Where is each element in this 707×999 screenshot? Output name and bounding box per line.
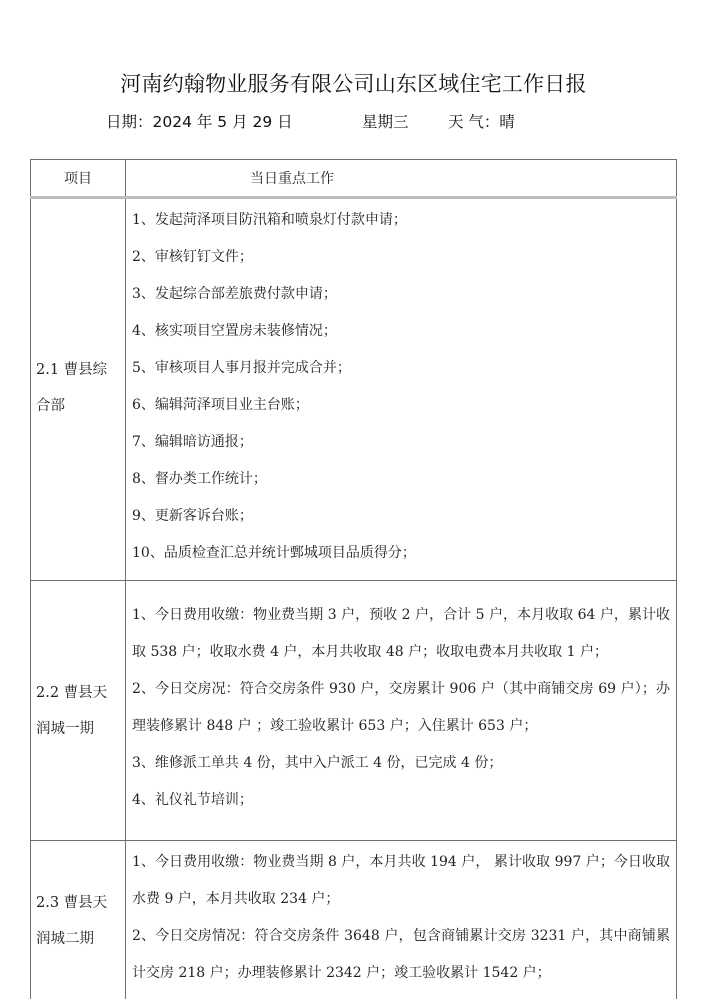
work-item: 10、品质检查汇总并统计鄄城项目品质得分； — [132, 535, 670, 572]
work-item: 1、今日费用收缴：物业费当期 3 户，预收 2 户，合计 5 户，本月收取 64… — [132, 597, 670, 671]
work-item: 1、发起菏泽项目防汛箱和喷泉灯付款申请； — [132, 202, 670, 239]
work-item: 3、维修派工单共 4 份，其中入户派工 4 份，已完成 4 份； — [132, 745, 670, 782]
report-weather: 天 气：晴 — [448, 110, 515, 132]
work-items-cell: 1、今日费用收缴：物业费当期 8 户，本月共收 194 户， 累计收取 997 … — [126, 841, 677, 999]
project-label: 2.2 曹县天 — [36, 675, 125, 711]
work-item: 2、今日交房况：符合交房条件 930 户，交房累计 906 户（其中商铺交房 6… — [132, 671, 670, 745]
project-label-cell: 2.1 曹县综 合部 — [31, 198, 126, 581]
report-date: 日期：2024 年 5 月 29 日 — [106, 113, 293, 131]
project-label: 2.3 曹县天 — [36, 885, 125, 921]
work-item: 1、今日费用收缴：物业费当期 8 户，本月共收 194 户， 累计收取 997 … — [132, 844, 670, 918]
project-label: 2.1 曹县综 — [36, 352, 125, 388]
table-header-row: 项目 当日重点工作 — [31, 160, 677, 198]
table-row: 2.3 曹县天 润城二期 1、今日费用收缴：物业费当期 8 户，本月共收 194… — [31, 841, 677, 999]
column-header-item: 项目 — [31, 160, 126, 198]
work-item: 9、更新客诉台账； — [132, 498, 670, 535]
work-item: 5、审核项目人事月报并完成合并； — [132, 350, 670, 387]
work-item: 4、核实项目空置房未装修情况； — [132, 313, 670, 350]
work-item: 7、编辑暗访通报； — [132, 424, 670, 461]
report-title: 河南约翰物业服务有限公司山东区域住宅工作日报 — [0, 68, 707, 98]
work-item: 2、今日交房情况：符合交房条件 3648 户，包含商铺累计交房 3231 户，其… — [132, 918, 670, 992]
work-item: 8、督办类工作统计； — [132, 461, 670, 498]
report-weekday: 星期三 — [362, 110, 409, 132]
project-label-cont: 润城一期 — [36, 711, 125, 747]
column-header-work: 当日重点工作 — [126, 160, 677, 198]
work-item: 4、礼仪礼节培训； — [132, 782, 670, 819]
work-item: 6、编辑菏泽项目业主台账； — [132, 387, 670, 424]
table-row: 2.2 曹县天 润城一期 1、今日费用收缴：物业费当期 3 户，预收 2 户，合… — [31, 581, 677, 841]
project-label-cell: 2.3 曹县天 润城二期 — [31, 841, 126, 999]
project-label-cont: 合部 — [36, 388, 125, 424]
project-label-cell: 2.2 曹县天 润城一期 — [31, 581, 126, 841]
report-meta: 日期：2024 年 5 月 29 日 星期三 天 气：晴 — [106, 110, 293, 132]
work-item: 3、发起综合部差旅费付款申请； — [132, 276, 670, 313]
project-label-cont: 润城二期 — [36, 921, 125, 957]
table-row: 2.1 曹县综 合部 1、发起菏泽项目防汛箱和喷泉灯付款申请； 2、审核钉钉文件… — [31, 198, 677, 581]
work-items-cell: 1、今日费用收缴：物业费当期 3 户，预收 2 户，合计 5 户，本月收取 64… — [126, 581, 677, 841]
work-item: 2、审核钉钉文件； — [132, 239, 670, 276]
work-items-cell: 1、发起菏泽项目防汛箱和喷泉灯付款申请； 2、审核钉钉文件； 3、发起综合部差旅… — [126, 198, 677, 581]
work-report-table: 项目 当日重点工作 2.1 曹县综 合部 1、发起菏泽项目防汛箱和喷泉灯付款申请… — [30, 159, 677, 999]
